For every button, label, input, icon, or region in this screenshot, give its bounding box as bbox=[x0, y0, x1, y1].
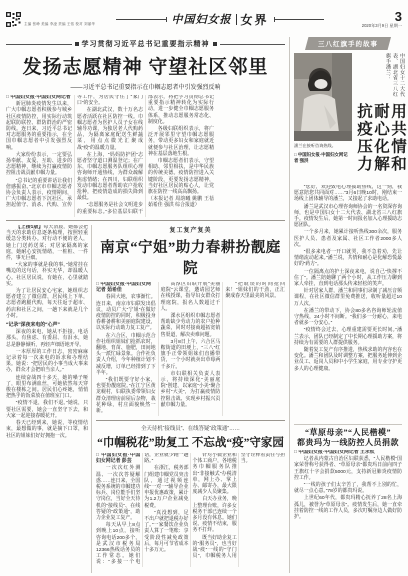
pan-lan-photo bbox=[294, 53, 352, 141]
photo-stack: 潘兰在接听咨询热线。 □ 中国妇女报·中国妇女网记者 强洪 bbox=[294, 53, 352, 181]
top-attribution: （本报记者 周韵曦 姚鹏 王蓓 茹希佳 强洪 综合报道） bbox=[148, 197, 214, 209]
nanjing-body: □ 中国妇女报·中国妇女网记者 茹希佳 春回大地，农事渐忙。连日来，南京市妇联发… bbox=[96, 282, 285, 416]
editors-line: 主编 张峥 美编 李凌 责编 王恬 校对 刘丽华 bbox=[24, 22, 95, 27]
masthead-brand: 中国妇女报 bbox=[172, 11, 232, 27]
tax-kicker: 全天待机“接线员”、在线答疑“政策通”…… bbox=[96, 424, 285, 432]
article-du-guima: “草原母亲”“人民楷模”都贵玛为一线防控人员捐款 □ 中国妇女报·中国妇女网记者… bbox=[294, 424, 402, 538]
story-byline: □ 中国妇女报·中国妇女网记者 强洪 bbox=[294, 152, 352, 164]
masthead: 中国妇女报 女界 bbox=[167, 11, 274, 28]
vertical-headline-block: 中国妇女十二大代表、湖北省三八红旗手潘兰： 用共情和耐心化解抗疫压力 bbox=[355, 53, 406, 181]
article-pan-lan: 潘兰在接听咨询热线。 □ 中国妇女报·中国妇女网记者 强洪 中国妇女十二大代表、… bbox=[294, 53, 402, 421]
article-tax-women: 全天待机“接线员”、在线答疑“政策通”…… “巾帼税花”助复工 不忘战“疫”守家… bbox=[96, 424, 285, 567]
continued-subhead: “记录”深夜来电的“心声” bbox=[6, 323, 88, 329]
middle-column: 复工复产复美 南京“宁姐”助力春耕扮靓庭院 □ 中国妇女报·中国妇女网记者 茹希… bbox=[92, 225, 285, 573]
page-content: 学习贯彻习近平总书记重要指示精神 发扬志愿精神 守望社区邻里 ——习近平总书记重… bbox=[6, 37, 402, 573]
header-right: 3 2020年3月9日 星期一 bbox=[324, 10, 402, 28]
main-left-region: 学习贯彻习近平总书记重要指示精神 发扬志愿精神 守望社区邻里 ——习近平总书记重… bbox=[6, 37, 290, 573]
article-nanjing-ningjie: 复工复产复美 南京“宁姐”助力春耕扮靓庭院 □ 中国妇女报·中国妇女网记者 茹希… bbox=[96, 225, 285, 416]
right-column: 三八红旗手的故事 bbox=[290, 37, 402, 573]
continued-intro: 【上接1版】每天清晨，她都会把当天的求助信息逐条梳理，按照轻重缓急分类转办。对行… bbox=[6, 225, 88, 262]
continued-tag: 【上接1版】 bbox=[16, 225, 44, 230]
article-continued-from-p1: 【上接1版】每天清晨，她都会把当天的求助信息逐条梳理，按照轻重缓急分类转办。对行… bbox=[6, 225, 92, 573]
article-volunteer-spirit: 学习贯彻习近平总书记重要指示精神 发扬志愿精神 守望社区邻里 ——习近平总书记重… bbox=[6, 39, 285, 221]
kicker-square-icon bbox=[75, 42, 79, 46]
continued-intro-text: 每天清晨，她都会把当天的求助信息逐条梳理，按照轻重缓急分类转办。对行动不便的老人… bbox=[6, 225, 88, 261]
page-number: 3 bbox=[324, 10, 402, 23]
header-left: 主编 张峥 美编 李凌 责编 王恬 校对 刘丽华 bbox=[6, 12, 116, 27]
top-subtitle: ——习近平总书记重要指示在巾帼志愿者中引发强烈反响 bbox=[6, 82, 285, 91]
lower-region: 【上接1版】每天清晨，她都会把当天的求助信息逐条梳理，按照轻重缓急分类转办。对行… bbox=[6, 225, 285, 573]
story-eyebrow: 中国妇女十二大代表、湖北省三八红旗手潘兰： bbox=[355, 53, 406, 101]
person-silhouette-icon bbox=[294, 53, 352, 141]
masthead-divider bbox=[236, 14, 237, 25]
story-top-block: 潘兰在接听咨询热线。 □ 中国妇女报·中国妇女网记者 强洪 中国妇女十二大代表、… bbox=[294, 53, 402, 181]
masthead-rule-right bbox=[274, 19, 325, 20]
story-body: “您好，欢迎致电心理援助热线，这一刻，我愿意陪您共同面对……”3月6日晚10时，… bbox=[294, 185, 402, 421]
page-header: 主编 张峥 美编 李凌 责编 王恬 校对 刘丽华 中国妇女报 女界 3 2020… bbox=[6, 4, 402, 34]
kicker-rule-left bbox=[6, 44, 72, 45]
sub-headline: “草原母亲”“人民楷模”都贵玛为一线防控人员捐款 bbox=[294, 428, 402, 448]
story-headline: 用共情和耐心化解抗疫压力 bbox=[355, 103, 406, 181]
sub-article-byline: □ 中国妇女报·中国妇女网记者 王永钦 bbox=[294, 450, 402, 456]
newspaper-page: 主编 张峥 美编 李凌 责编 王恬 校对 刘丽华 中国妇女报 女界 3 2020… bbox=[0, 0, 408, 576]
top-kicker: 学习贯彻习近平总书记重要指示精神 bbox=[82, 39, 210, 49]
top-headline: 发扬志愿精神 守望社区邻里 bbox=[6, 52, 285, 79]
top-byline: □ 中国妇女报·中国妇女网记者 bbox=[6, 95, 72, 101]
qr-code-icon bbox=[6, 12, 21, 27]
masthead-section: 女界 bbox=[241, 11, 269, 28]
middle-divider bbox=[96, 420, 285, 421]
tax-body: □ 中国妇女报·中国妇女网记者 彭芸 一次次红外测温、一次次答疑解惑……连日来，… bbox=[96, 453, 285, 567]
tax-headline: “巾帼税花”助复工 不忘战“疫”守家园 bbox=[96, 434, 285, 450]
photo-caption: 潘兰在接听咨询热线。 bbox=[294, 143, 352, 149]
kicker-rule-right bbox=[220, 44, 286, 45]
top-article-body: □ 中国妇女报·中国妇女网记者 新冠肺炎疫情发生以来，广大巾帼志愿者积极参与城乡… bbox=[6, 95, 285, 217]
dateline: 2020年3月9日 星期一 bbox=[324, 24, 402, 28]
series-banner: 三八红旗手的故事 bbox=[305, 37, 391, 50]
kicker-square-icon bbox=[213, 42, 217, 46]
sub-article-body: □ 中国妇女报·中国妇女网记者 王永钦 记者从内蒙古自治区妇联获悉，“人民楷模”… bbox=[294, 450, 402, 538]
tax-byline: □ 中国妇女报·中国妇女网记者 彭芸 bbox=[96, 453, 140, 465]
nanjing-headline: 南京“宁姐”助力春耕扮靓庭院 bbox=[96, 236, 285, 278]
top-kicker-row: 学习贯彻习近平总书记重要指示精神 bbox=[6, 39, 285, 49]
nanjing-kicker: 复工复产复美 bbox=[96, 225, 285, 234]
masthead-rule-left bbox=[116, 19, 167, 20]
nanjing-byline: □ 中国妇女报·中国妇女网记者 茹希佳 bbox=[96, 282, 156, 294]
